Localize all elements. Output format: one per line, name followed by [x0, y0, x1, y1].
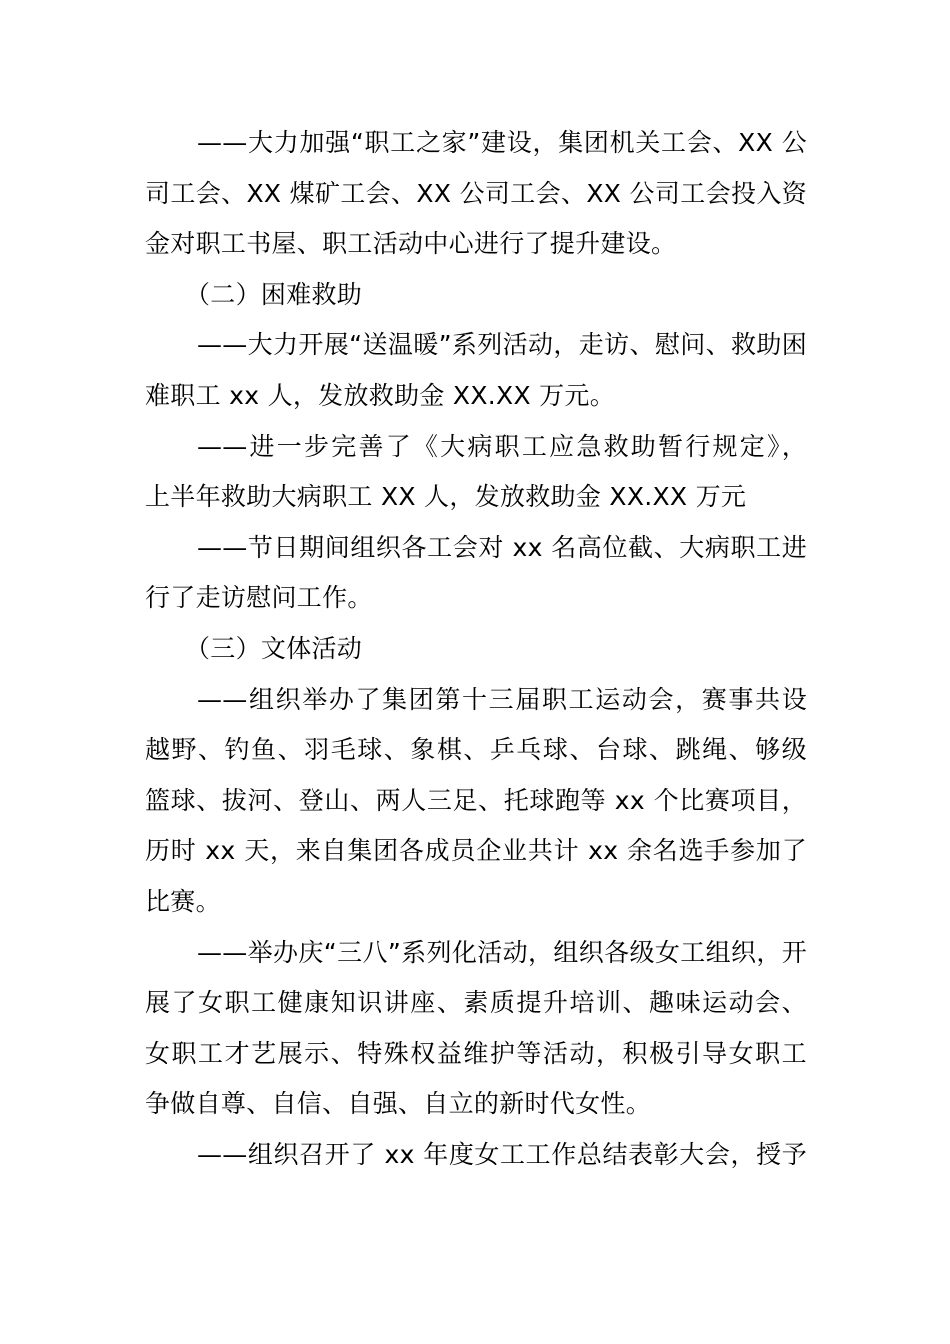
text-line: ——组织举办了集团第十三届职工运动会，赛事共设: [145, 675, 807, 726]
paragraph-womens-day: ——举办庆“三八”系列化活动，组织各级女工组织，开 展了女职工健康知识讲座、素质…: [145, 928, 807, 1130]
text-line: 篮球、拔河、登山、两人三足、托球跑等 xx 个比赛项目，: [145, 776, 807, 827]
paragraph-send-warmth: ——大力开展“送温暖”系列活动，走访、慰问、救助困 难职工 xx 人，发放救助金…: [145, 320, 807, 421]
text-line: ——节日期间组织各工会对 xx 名高位截、大病职工进: [145, 523, 807, 574]
text-line: 争做自尊、自信、自强、自立的新时代女性。: [145, 1079, 807, 1130]
section-heading: （三）文体活动: [145, 624, 807, 675]
text-line: 越野、钓鱼、羽毛球、象棋、乒乓球、台球、跳绳、够级: [145, 725, 807, 776]
section-heading-hardship-relief: （二）困难救助: [145, 270, 807, 321]
text-line: ——进一步完善了《大病职工应急救助暂行规定》，: [145, 422, 807, 473]
text-line: ——组织召开了 xx 年度女工工作总结表彰大会，授予: [145, 1130, 807, 1181]
section-heading: （二）困难救助: [145, 270, 807, 321]
paragraph-staff-home-construction: ——大力加强“职工之家”建设，集团机关工会、XX 公 司工会、XX 煤矿工会、X…: [145, 118, 807, 270]
text-line: 女职工才艺展示、特殊权益维护等活动，积极引导女职工: [145, 1029, 807, 1080]
text-line: 展了女职工健康知识讲座、素质提升培训、趣味运动会、: [145, 978, 807, 1029]
section-heading-culture-sports: （三）文体活动: [145, 624, 807, 675]
text-line: ——举办庆“三八”系列化活动，组织各级女工组织，开: [145, 928, 807, 979]
text-line: ——大力加强“职工之家”建设，集团机关工会、XX 公: [145, 118, 807, 169]
text-line: 金对职工书屋、职工活动中心进行了提升建设。: [145, 219, 807, 270]
text-line: 历时 xx 天，来自集团各成员企业共计 xx 余名选手参加了: [145, 826, 807, 877]
text-line: 比赛。: [145, 877, 807, 928]
paragraph-commendation-meeting: ——组织召开了 xx 年度女工工作总结表彰大会，授予: [145, 1130, 807, 1181]
paragraph-holiday-visits: ——节日期间组织各工会对 xx 名高位截、大病职工进 行了走访慰问工作。: [145, 523, 807, 624]
paragraph-sports-meet: ——组织举办了集团第十三届职工运动会，赛事共设 越野、钓鱼、羽毛球、象棋、乒乓球…: [145, 675, 807, 928]
text-line: 司工会、XX 煤矿工会、XX 公司工会、XX 公司工会投入资: [145, 169, 807, 220]
text-line: 行了走访慰问工作。: [145, 573, 807, 624]
text-line: 难职工 xx 人，发放救助金 XX.XX 万元。: [145, 371, 807, 422]
document-page: ——大力加强“职工之家”建设，集团机关工会、XX 公 司工会、XX 煤矿工会、X…: [145, 118, 807, 1180]
text-line: 上半年救助大病职工 XX 人，发放救助金 XX.XX 万元: [145, 472, 807, 523]
text-line: ——大力开展“送温暖”系列活动，走访、慰问、救助困: [145, 320, 807, 371]
paragraph-serious-illness-relief: ——进一步完善了《大病职工应急救助暂行规定》， 上半年救助大病职工 XX 人，发…: [145, 422, 807, 523]
